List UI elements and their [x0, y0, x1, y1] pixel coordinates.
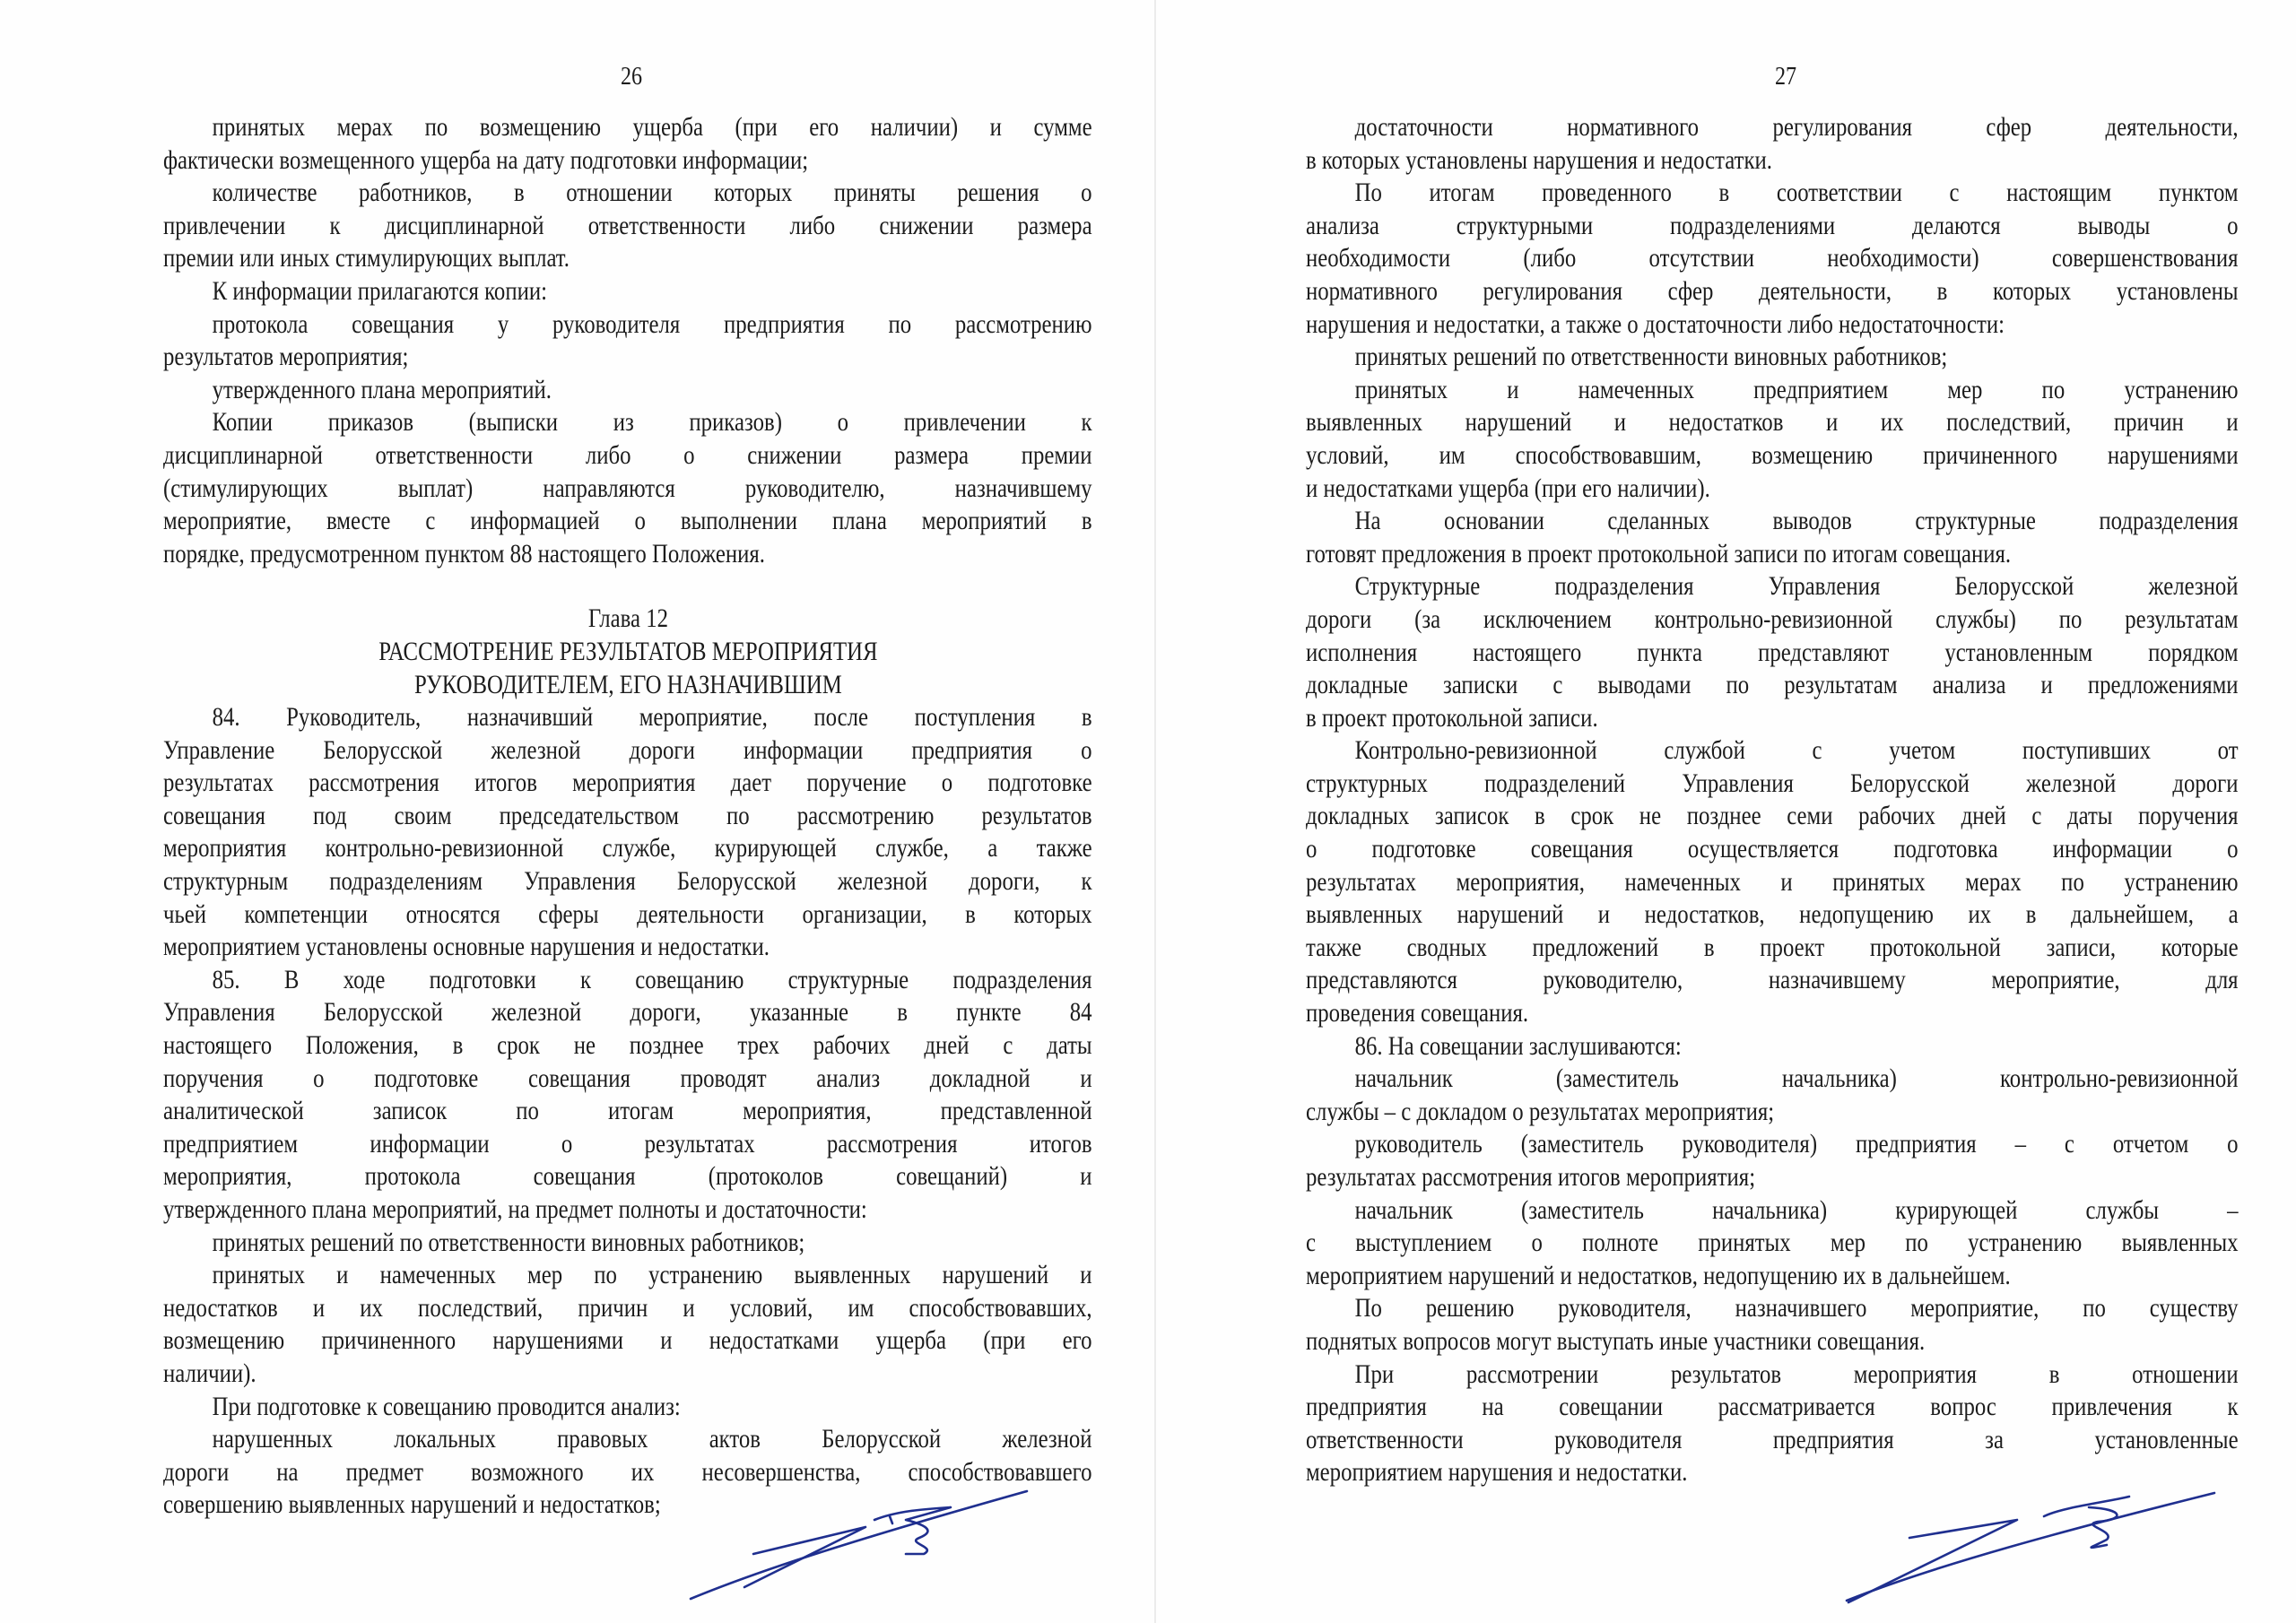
page-26: 26 принятых мерах по возмещению ущерба (…: [0, 0, 1154, 1623]
text-line: На основании сделанных выводов структурн…: [1306, 505, 2239, 538]
text-line: предприятием информации о результатах ра…: [163, 1128, 1092, 1161]
text-line: премии или иных стимулирующих выплат.: [163, 242, 1092, 275]
text-line: принятых мерах по возмещению ущерба (при…: [163, 111, 1092, 144]
text-line: фактически возмещенного ущерба на дату п…: [163, 144, 1092, 178]
signature-icon: [1838, 1475, 2223, 1610]
text-line: утвержденного плана мероприятий.: [163, 374, 1092, 407]
text-line: нарушенных локальных правовых актов Бело…: [163, 1423, 1092, 1456]
text-line: также сводных предложений в проект прото…: [1306, 932, 2239, 965]
text-line: готовят предложения в проект протокольно…: [1306, 538, 2239, 571]
text-line: докладных записок в срок не позднее семи…: [1306, 800, 2239, 833]
text-line: структурным подразделениям Управления Бе…: [163, 865, 1092, 898]
text-line: поднятых вопросов могут выступать иные у…: [1306, 1325, 2239, 1358]
signature-icon: [682, 1484, 1040, 1610]
text-line: мероприятия, протокола совещания (проток…: [163, 1160, 1092, 1193]
text-line: необходимости (либо отсутствии необходим…: [1306, 242, 2239, 275]
text-line: выявленных нарушений и недостатков, недо…: [1306, 898, 2239, 932]
text-line: При подготовке к совещанию проводится ан…: [163, 1391, 1092, 1424]
text-line: проведения совещания.: [1306, 997, 2239, 1030]
text-line: утвержденного плана мероприятий, на пред…: [163, 1193, 1092, 1227]
text-line: представляются руководителю, назначившем…: [1306, 964, 2239, 997]
text-line: возмещению причиненного нарушениями и не…: [163, 1324, 1092, 1358]
text-line: условий, им способствовавшим, возмещению…: [1306, 439, 2239, 473]
text-line: с выступлением о полноте принятых мер по…: [1306, 1227, 2239, 1260]
text-line: выявленных нарушений и недостатков и их …: [1306, 406, 2239, 439]
text-line: исполнения настоящего пункта представляю…: [1306, 637, 2239, 670]
text-line: При рассмотрении результатов мероприятия…: [1306, 1358, 2239, 1392]
text-line: совещания под своим председательством по…: [163, 800, 1092, 833]
text-line: настоящего Положения, в срок не позднее …: [163, 1029, 1092, 1063]
text-line: наличии).: [163, 1358, 1092, 1391]
page-body: принятых мерах по возмещению ущерба (при…: [163, 111, 1092, 1522]
text-line: результатах рассмотрения итогов мероприя…: [163, 767, 1092, 800]
text-line: ответственности руководителя предприятия…: [1306, 1424, 2239, 1457]
text-line: результатах мероприятия, намеченных и пр…: [1306, 866, 2239, 899]
text-line: нарушения и недостатки, а также о достат…: [1306, 308, 2239, 342]
text-line: в которых установлены нарушения и недост…: [1306, 144, 2239, 178]
text-line: анализа структурными подразделениями дел…: [1306, 210, 2239, 243]
text-line: достаточности нормативного регулирования…: [1306, 111, 2239, 144]
text-line: аналитической записок по итогам мероприя…: [163, 1095, 1092, 1128]
text-line: 85. В ходе подготовки к совещанию структ…: [163, 964, 1092, 997]
text-line: 84. Руководитель, назначивший мероприяти…: [163, 701, 1092, 734]
text-line: [163, 570, 1092, 603]
text-line: нормативного регулирования сфер деятельн…: [1306, 275, 2239, 308]
text-line: дисциплинарной ответственности либо о сн…: [163, 439, 1092, 473]
text-line: (стимулирующих выплат) направляются руко…: [163, 473, 1092, 506]
text-line: недостатков и их последствий, причин и у…: [163, 1292, 1092, 1325]
text-line: докладные записки с выводами по результа…: [1306, 669, 2239, 702]
text-line: Контрольно-ревизионной службой с учетом …: [1306, 734, 2239, 768]
text-line: дороги (за исключением контрольно-ревизи…: [1306, 603, 2239, 637]
text-line: начальник (заместитель начальника) курир…: [1306, 1194, 2239, 1228]
text-line: о подготовке совещания осуществляется по…: [1306, 833, 2239, 866]
text-line: руководитель (заместитель руководителя) …: [1306, 1128, 2239, 1161]
heading-line: РУКОВОДИТЕЛЕМ, ЕГО НАЗНАЧИВШИМ: [163, 669, 1092, 702]
page-number: 26: [621, 63, 642, 91]
page-27: 27 достаточности нормативного регулирова…: [1156, 0, 2296, 1623]
text-line: протокола совещания у руководителя предп…: [163, 308, 1092, 342]
text-line: 86. На совещании заслушиваются:: [1306, 1030, 2239, 1063]
text-line: количестве работников, в отношении котор…: [163, 177, 1092, 210]
text-line: К информации прилагаются копии:: [163, 275, 1092, 308]
text-line: порядке, предусмотренном пунктом 88 наст…: [163, 538, 1092, 571]
text-line: и недостатками ущерба (при его наличии).: [1306, 473, 2239, 506]
text-line: предприятия на совещании рассматривается…: [1306, 1391, 2239, 1424]
text-line: результатов мероприятия;: [163, 341, 1092, 374]
text-line: принятых решений по ответственности вино…: [163, 1227, 1092, 1260]
text-line: чьей компетенции относятся сферы деятель…: [163, 898, 1092, 932]
text-line: По решению руководителя, назначившего ме…: [1306, 1292, 2239, 1325]
text-line: мероприятием установлены основные наруше…: [163, 931, 1092, 964]
text-line: службы – с докладом о результатах меропр…: [1306, 1096, 2239, 1129]
text-line: мероприятия контрольно-ревизионной служб…: [163, 832, 1092, 865]
text-line: принятых и намеченных мер по устранению …: [163, 1259, 1092, 1292]
text-line: По итогам проведенного в соответствии с …: [1306, 177, 2239, 210]
text-line: Копии приказов (выписки из приказов) о п…: [163, 406, 1092, 439]
page-body: достаточности нормативного регулирования…: [1306, 111, 2239, 1489]
text-line: Управление Белорусской железной дороги и…: [163, 734, 1092, 768]
text-line: Структурные подразделения Управления Бел…: [1306, 570, 2239, 603]
text-line: поручения о подготовке совещания проводя…: [163, 1063, 1092, 1096]
text-line: начальник (заместитель начальника) контр…: [1306, 1063, 2239, 1096]
text-line: в проект протокольной записи.: [1306, 702, 2239, 735]
text-line: мероприятием нарушений и недостатков, не…: [1306, 1260, 2239, 1293]
heading-line: РАССМОТРЕНИЕ РЕЗУЛЬТАТОВ МЕРОПРИЯТИЯ: [163, 636, 1092, 669]
text-line: привлечении к дисциплинарной ответственн…: [163, 210, 1092, 243]
text-line: структурных подразделений Управления Бел…: [1306, 768, 2239, 801]
page-number: 27: [1775, 63, 1796, 91]
text-line: мероприятие, вместе с информацией о выпо…: [163, 505, 1092, 538]
heading-line: Глава 12: [163, 603, 1092, 636]
text-line: результатах рассмотрения итогов мероприя…: [1306, 1161, 2239, 1194]
text-line: Управления Белорусской железной дороги, …: [163, 996, 1092, 1029]
text-line: принятых и намеченных предприятием мер п…: [1306, 374, 2239, 407]
text-line: принятых решений по ответственности вино…: [1306, 341, 2239, 374]
